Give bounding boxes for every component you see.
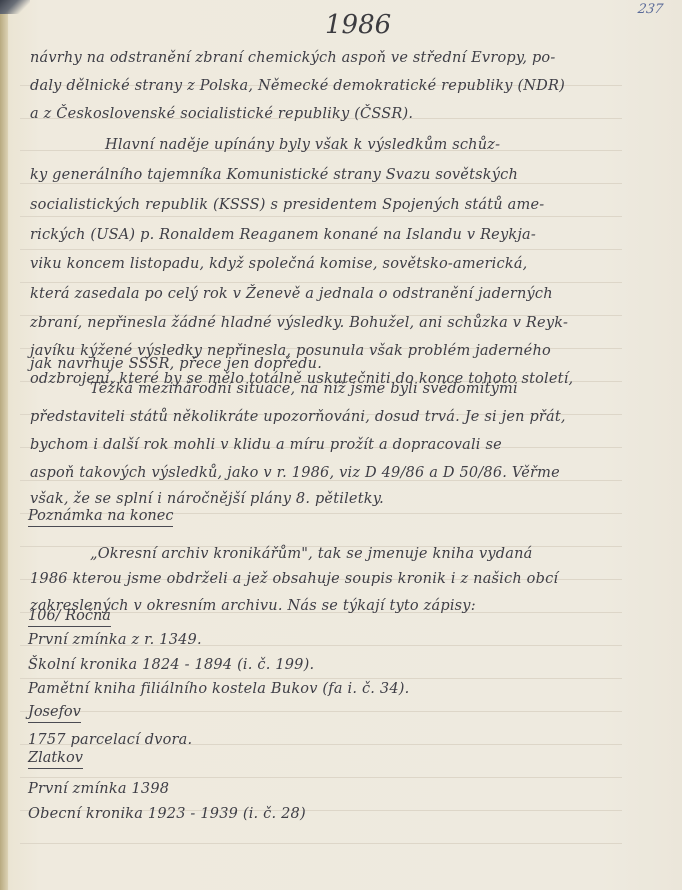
ruled-line xyxy=(20,711,622,712)
entry-line: 1757 parcelací dvora. xyxy=(28,732,192,748)
text-line: bychom i další rok mohli v klidu a míru … xyxy=(30,437,502,453)
ruled-line xyxy=(20,216,622,217)
text-line: viku koncem listopadu, když společná kom… xyxy=(30,256,528,272)
ruled-line xyxy=(20,249,622,250)
page-binding-edge xyxy=(0,0,8,890)
text-line: Těžká mezinárodní situace, na níž jsme b… xyxy=(90,381,518,397)
text-line: zbraní, nepřinesla žádné hladné výsledky… xyxy=(30,315,568,331)
text-line: daly dělnické strany z Polska, Německé d… xyxy=(30,78,565,94)
ruled-line xyxy=(20,678,622,679)
text-line: která zasedala po celý rok v Ženevě a je… xyxy=(30,286,553,302)
ruled-line xyxy=(20,282,622,283)
page-number: 237 xyxy=(637,2,664,17)
section-heading-rocna: 106/ Ročná xyxy=(28,608,111,627)
text-line: však, že se splní i náročnější plány 8. … xyxy=(30,491,384,507)
text-line: návrhy na odstranění zbraní chemických a… xyxy=(30,50,555,66)
text-line: rických (USA) p. Ronaldem Reaganem konan… xyxy=(30,227,536,243)
text-line: socialistických republik (KSSS) s presid… xyxy=(30,197,544,213)
text-line: ky generálního tajemníka Komunistické st… xyxy=(30,167,518,183)
ruled-line xyxy=(20,843,622,844)
entry-line: Pamětní kniha filiálního kostela Bukov (… xyxy=(28,681,409,697)
text-line: jak navrhuje SSSR, přece jen dopředu. xyxy=(30,356,322,372)
entry-line: Školní kronika 1824 - 1894 (i. č. 199). xyxy=(28,657,314,673)
text-line: představiteli států několikráte upozorňo… xyxy=(30,409,566,425)
text-line: Hlavní naděje upínány byly však k výsled… xyxy=(105,137,500,153)
entry-line: Obecní kronika 1923 - 1939 (i. č. 28) xyxy=(28,806,306,822)
text-line: 1986 kterou jsme obdrželi a jež obsahuje… xyxy=(30,571,558,587)
note-heading: Poznámka na konec xyxy=(28,508,173,527)
corner-shadow xyxy=(0,0,30,14)
text-line: aspoň takových výsledků, jako v r. 1986,… xyxy=(30,465,560,481)
manuscript-page: 237 1986 návrhy na odstranění zbraní che… xyxy=(0,0,682,890)
year-heading: 1986 xyxy=(325,10,391,40)
text-line: „Okresní archiv kronikářům", tak se jmen… xyxy=(90,546,533,562)
text-line: a z Československé socialistické republi… xyxy=(30,106,413,122)
section-heading-josefov: Josefov xyxy=(28,704,81,723)
entry-line: První zmínka z r. 1349. xyxy=(28,632,202,648)
ruled-line xyxy=(20,183,622,184)
section-heading-zlatkov: Zlatkov xyxy=(28,750,83,769)
ruled-line xyxy=(20,777,622,778)
entry-line: První zmínka 1398 xyxy=(28,781,169,797)
